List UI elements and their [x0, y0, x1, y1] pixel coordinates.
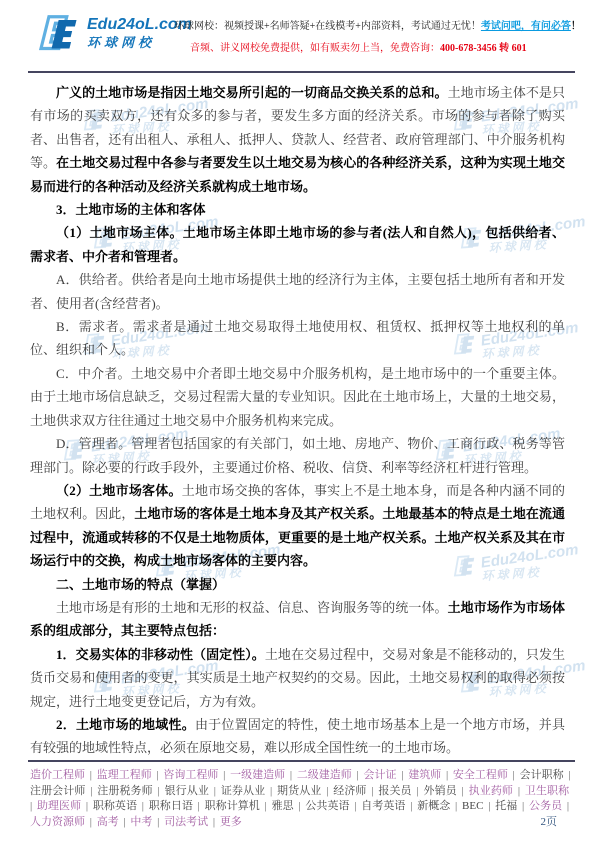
- footer-link[interactable]: 职称日语: [149, 800, 193, 812]
- footer-link[interactable]: 公务员: [529, 800, 562, 812]
- text-segment: 二、土地市场的特点（掌握）: [56, 577, 225, 592]
- footer-link[interactable]: 期货从业: [277, 785, 321, 797]
- text-segment: 2．土地市场的地域性。: [56, 717, 195, 732]
- text-segment: B．需求者。需求者是通过土地交易取得土地使用权、租赁权、抵押权等土地权利的单位、…: [30, 319, 565, 357]
- separator: |: [399, 769, 407, 781]
- footer-link[interactable]: 注册会计师: [30, 785, 85, 797]
- footer-link[interactable]: 注册税务师: [97, 785, 152, 797]
- footer-link[interactable]: 证券从业: [221, 785, 265, 797]
- paragraph: 广义的土地市场是指因土地交易所引起的一切商品交换关系的总和。土地市场主体不是只有…: [30, 81, 565, 198]
- separator: |: [211, 785, 219, 797]
- footer-link[interactable]: 安全工程师: [453, 769, 508, 781]
- paragraph: 土地市场是有形的土地和无形的权益、信息、咨询服务等的统一体。土地市场作为市场体系…: [30, 596, 565, 643]
- text-segment: （2）土地市场客体。: [56, 483, 182, 498]
- slogan-text: 环球网校：视频授课+名师答疑+在线模考+内部资料，考试通过无忧！: [174, 21, 481, 32]
- document-page: Edu24oL.com 环球网校 Edu24oL.com 环球网校 Edu24o…: [0, 0, 595, 842]
- separator: |: [220, 769, 228, 781]
- footer-link[interactable]: 外销员: [424, 785, 457, 797]
- separator: |: [510, 769, 518, 781]
- footer-link[interactable]: 自考英语: [361, 800, 405, 812]
- footer-link[interactable]: 一级建造师: [230, 769, 285, 781]
- separator: |: [352, 800, 360, 812]
- paragraph: C．中介者。土地交易中介者即土地交易中介服务机构，是土地市场中的一个重要主体。由…: [30, 362, 565, 432]
- footer-link[interactable]: 新概念: [417, 800, 450, 812]
- footer-link[interactable]: 人力资源师: [30, 816, 85, 828]
- footer-link[interactable]: 造价工程师: [30, 769, 85, 781]
- separator: |: [323, 785, 331, 797]
- footer-link[interactable]: 卫生职称: [525, 785, 569, 797]
- text-segment: 1．交易实体的非移动性（固定性）。: [56, 647, 265, 662]
- separator: |: [407, 800, 415, 812]
- separator: |: [515, 785, 523, 797]
- text-segment: A．供给者。供给者是向土地市场提供土地的经济行为主体，主要包括土地所有者和开发者…: [30, 272, 565, 310]
- header-notice-line2: 音频、讲义网校免费提供，如有贩卖勿上当，免费咨询：400-678-3456 转 …: [174, 39, 577, 54]
- page-header: Edu24oL.com 环球网校 环球网校：视频授课+名师答疑+在线模考+内部资…: [30, 8, 577, 68]
- footer-link[interactable]: 执业药师: [469, 785, 513, 797]
- paragraph: 3．土地市场的主体和客体: [30, 198, 565, 221]
- separator: |: [287, 769, 295, 781]
- separator: |: [83, 800, 91, 812]
- separator: |: [443, 769, 451, 781]
- footer-link[interactable]: 会计证: [364, 769, 397, 781]
- separator: |: [459, 785, 467, 797]
- separator: |: [267, 785, 275, 797]
- footer-link[interactable]: 银行从业: [165, 785, 209, 797]
- text-segment: C．中介者。土地交易中介者即土地交易中介服务机构，是土地市场中的一个重要主体。由…: [30, 366, 565, 428]
- footer-link[interactable]: 经济师: [333, 785, 366, 797]
- exam-qa-link[interactable]: 考试问吧，有问必答: [481, 21, 571, 32]
- separator: |: [414, 785, 422, 797]
- footer-link[interactable]: 更多: [220, 816, 242, 828]
- separator: |: [519, 800, 527, 812]
- paragraph: B．需求者。需求者是通过土地交易取得土地使用权、租赁权、抵押权等土地权利的单位、…: [30, 315, 565, 362]
- paragraph: 二、土地市场的特点（掌握）: [30, 573, 565, 596]
- separator: |: [296, 800, 304, 812]
- slogan-exclamation: ！: [571, 21, 581, 32]
- edu24ol-logo-icon: [30, 12, 82, 54]
- footer-link[interactable]: 建筑师: [408, 769, 441, 781]
- separator: |: [121, 816, 129, 828]
- separator: |: [354, 769, 362, 781]
- footer-link[interactable]: 公共英语: [305, 800, 349, 812]
- text-segment: 广义的土地市场是指因土地交易所引起的一切商品交换关系的总和。: [56, 85, 448, 100]
- footer-link[interactable]: 职称计算机: [205, 800, 260, 812]
- header-divider: [28, 71, 575, 73]
- footer-link[interactable]: 会计职称: [520, 769, 564, 781]
- footer-link[interactable]: 监理工程师: [97, 769, 152, 781]
- document-body: 广义的土地市场是指因土地交易所引起的一切商品交换关系的总和。土地市场主体不是只有…: [30, 81, 565, 760]
- text-segment: 3．土地市场的主体和客体: [56, 202, 206, 217]
- text-segment: D．管理者。管理者包括国家的有关部门，如土地、房地产、物价、工商行政、税务等管理…: [30, 436, 565, 474]
- footer-divider: [28, 760, 575, 762]
- footer-link[interactable]: 报关员: [378, 785, 411, 797]
- header-slogan-line1: 环球网校：视频授课+名师答疑+在线模考+内部资料，考试通过无忧！考试问吧，有问必…: [174, 17, 577, 32]
- hotline-number: 400-678-3456 转 601: [440, 43, 527, 54]
- footer-link[interactable]: 助理医师: [37, 800, 81, 812]
- footer-link-bar: 造价工程师 | 监理工程师 | 咨询工程师 | 一级建造师 | 二级建造师 | …: [30, 768, 571, 830]
- paragraph: （1）土地市场主体。土地市场主体即土地市场的参与者(法人和自然人)，包括供给者、…: [30, 221, 565, 268]
- footer-link[interactable]: BEC: [462, 800, 483, 812]
- separator: |: [87, 769, 95, 781]
- text-segment: 土地市场是有形的土地和无形的权益、信息、咨询服务等的统一体。: [56, 600, 448, 615]
- paragraph: 2．土地市场的地域性。由于位置固定的特性，使土地市场基本上是一个地方市场，并具有…: [30, 713, 565, 760]
- footer-link[interactable]: 托福: [495, 800, 517, 812]
- separator: |: [87, 816, 95, 828]
- separator: |: [210, 816, 218, 828]
- separator: |: [564, 800, 569, 812]
- separator: |: [154, 816, 162, 828]
- paragraph: 1．交易实体的非移动性（固定性）。土地在交易过程中，交易对象是不能移动的，只发生…: [30, 643, 565, 713]
- edu24ol-logo: Edu24oL.com 环球网校: [30, 12, 192, 54]
- footer-link[interactable]: 司法考试: [164, 816, 208, 828]
- separator: |: [566, 769, 571, 781]
- separator: |: [485, 800, 493, 812]
- separator: |: [30, 800, 35, 812]
- separator: |: [87, 785, 95, 797]
- page-number: 2页: [541, 813, 558, 829]
- separator: |: [155, 785, 163, 797]
- text-segment: （1）土地市场主体。土地市场主体即土地市场的参与者(法人和自然人)，包括供给者、…: [30, 225, 565, 263]
- notice-text: 音频、讲义网校免费提供，如有贩卖勿上当，免费咨询：: [190, 43, 440, 54]
- paragraph: D．管理者。管理者包括国家的有关部门，如土地、房地产、物价、工商行政、税务等管理…: [30, 432, 565, 479]
- footer-link[interactable]: 雅思: [272, 800, 294, 812]
- paragraph: （2）土地市场客体。土地市场交换的客体，事实上不是土地本身，而是各种内涵不同的土…: [30, 479, 565, 573]
- separator: |: [262, 800, 270, 812]
- footer-link[interactable]: 二级建造师: [297, 769, 352, 781]
- separator: |: [452, 800, 460, 812]
- footer-link[interactable]: 中考: [130, 816, 152, 828]
- separator: |: [139, 800, 147, 812]
- separator: |: [195, 800, 203, 812]
- separator: |: [369, 785, 377, 797]
- footer-link[interactable]: 高考: [97, 816, 119, 828]
- header-slogan-lines: 环球网校：视频授课+名师答疑+在线模考+内部资料，考试通过无忧！考试问吧，有问必…: [174, 17, 577, 54]
- text-segment: 在土地交易过程中各参与者要发生以土地交易为核心的各种经济关系，这种为实现土地交易…: [30, 155, 565, 193]
- paragraph: A．供给者。供给者是向土地市场提供土地的经济行为主体，主要包括土地所有者和开发者…: [30, 268, 565, 315]
- footer-link[interactable]: 职称英语: [93, 800, 137, 812]
- footer-link[interactable]: 咨询工程师: [163, 769, 218, 781]
- separator: |: [154, 769, 162, 781]
